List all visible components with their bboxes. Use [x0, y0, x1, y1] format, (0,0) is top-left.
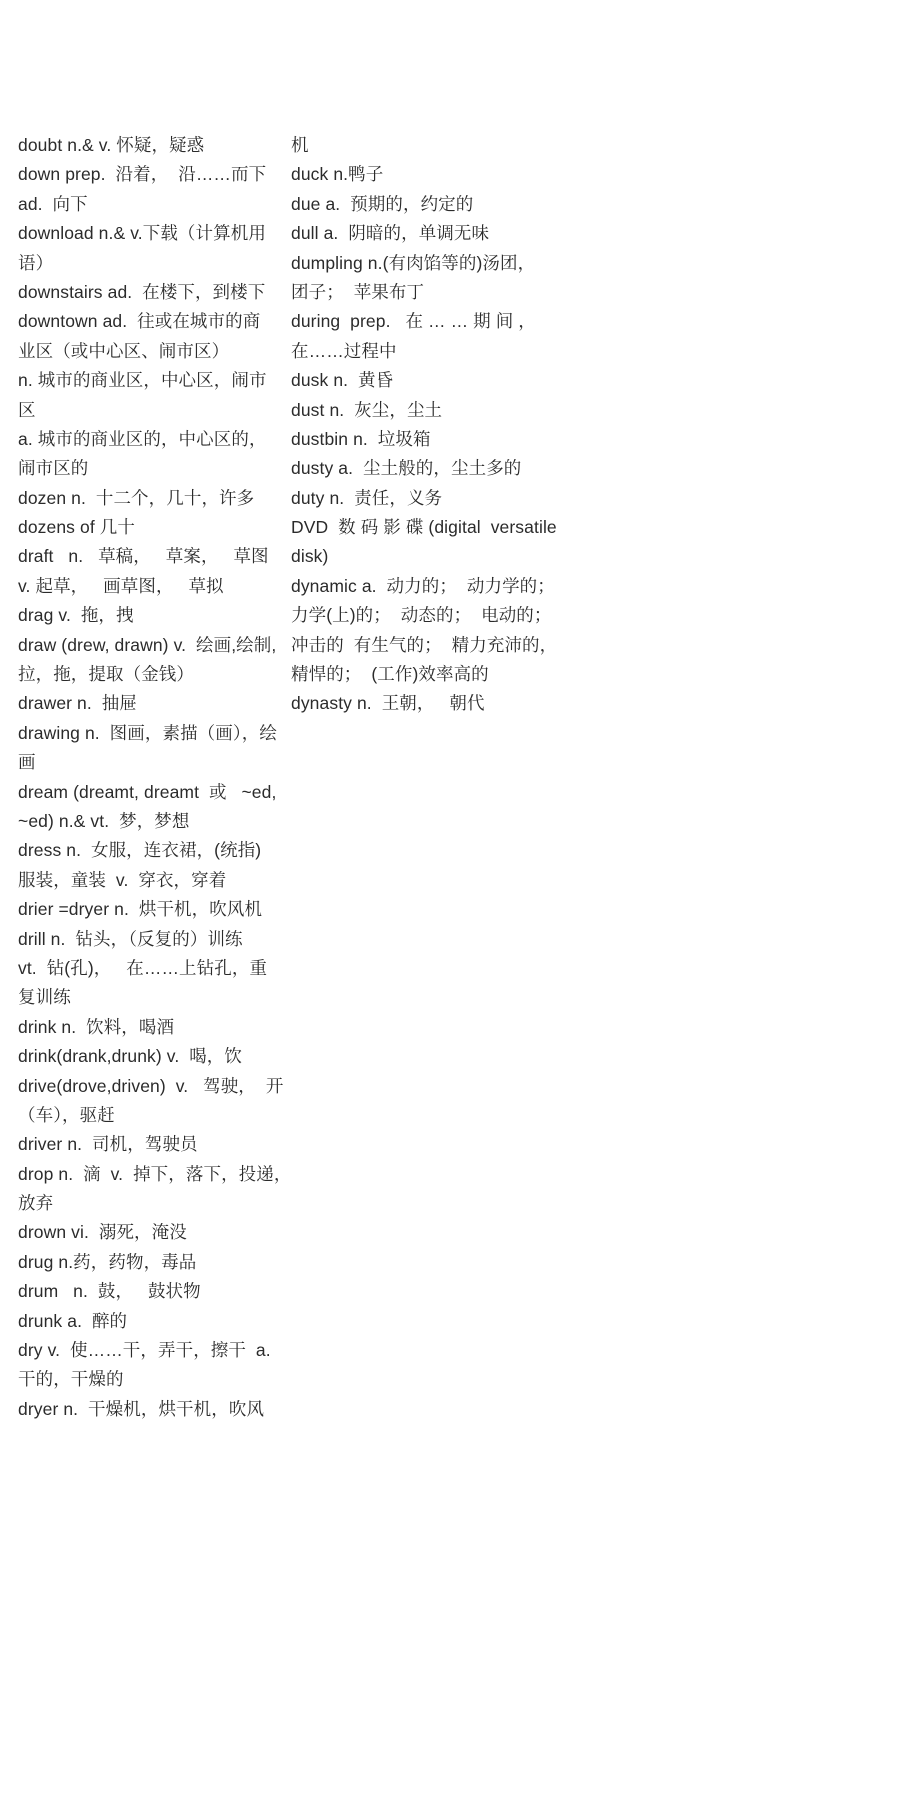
- text-line: 精悍的； (工作)效率高的: [291, 660, 545, 689]
- text-line: 拉，拖，提取（金钱）: [18, 660, 272, 689]
- text-line: 语）: [18, 249, 272, 278]
- text-line: v. 起草， 画草图， 草拟: [18, 572, 272, 601]
- text-line: dusty a. 尘土般的，尘土多的: [291, 454, 545, 483]
- text-line: downtown ad. 往或在城市的商: [18, 307, 272, 336]
- text-line: drum n. 鼓， 鼓状物: [18, 1277, 272, 1306]
- text-line: ~ed) n.& vt. 梦，梦想: [18, 807, 272, 836]
- column-left: doubt n.& v. 怀疑，疑惑down prep. 沿着， 沿……而下ad…: [18, 131, 272, 1424]
- text-line: dust n. 灰尘，尘土: [291, 396, 545, 425]
- text-line: during prep. 在 … … 期 间 ，: [291, 307, 545, 336]
- text-line: draft n. 草稿， 草案， 草图: [18, 542, 272, 571]
- text-line: duty n. 责任，义务: [291, 484, 545, 513]
- text-line: driver n. 司机，驾驶员: [18, 1130, 272, 1159]
- text-line: drunk a. 醉的: [18, 1307, 272, 1336]
- text-line: （车），驱赶: [18, 1101, 272, 1130]
- text-line: dumpling n.(有肉馅等的)汤团，: [291, 249, 545, 278]
- text-line: draw (drew, drawn) v. 绘画,绘制,: [18, 631, 272, 660]
- text-line: drag v. 拖，拽: [18, 601, 272, 630]
- text-line: disk): [291, 542, 545, 571]
- text-line: dustbin n. 垃圾箱: [291, 425, 545, 454]
- text-line: duck n.鸭子: [291, 160, 545, 189]
- text-line: dynasty n. 王朝， 朝代: [291, 689, 545, 718]
- text-line: due a. 预期的，约定的: [291, 190, 545, 219]
- text-line: 服装，童装 v. 穿衣，穿着: [18, 866, 272, 895]
- text-line: drug n.药，药物，毒品: [18, 1248, 272, 1277]
- text-line: drop n. 滴 v. 掉下，落下，投递，: [18, 1160, 272, 1189]
- text-line: 闹市区的: [18, 454, 272, 483]
- text-line: drawer n. 抽屉: [18, 689, 272, 718]
- text-line: 画: [18, 748, 272, 777]
- text-line: drive(drove,driven) v. 驾驶， 开: [18, 1072, 272, 1101]
- text-line: ad. 向下: [18, 190, 272, 219]
- document-page: doubt n.& v. 怀疑，疑惑down prep. 沿着， 沿……而下ad…: [0, 0, 915, 1810]
- text-line: 放弃: [18, 1189, 272, 1218]
- text-line: 干的，干燥的: [18, 1365, 272, 1394]
- text-line: vt. 钻(孔)， 在……上钻孔，重: [18, 954, 272, 983]
- text-line: download n.& v.下载（计算机用: [18, 219, 272, 248]
- text-line: dream (dreamt, dreamt 或 ~ed,: [18, 778, 272, 807]
- text-line: dull a. 阴暗的，单调无味: [291, 219, 545, 248]
- text-line: drink(drank,drunk) v. 喝，饮: [18, 1042, 272, 1071]
- text-line: 机: [291, 131, 545, 160]
- text-line: n. 城市的商业区，中心区，闹市: [18, 366, 272, 395]
- text-line: 在……过程中: [291, 337, 545, 366]
- text-line: drink n. 饮料，喝酒: [18, 1013, 272, 1042]
- text-line: dry v. 使……干，弄干，擦干 a.: [18, 1336, 272, 1365]
- text-line: DVD 数 码 影 碟 (digital versatile: [291, 513, 545, 542]
- text-line: dozen n. 十二个，几十，许多: [18, 484, 272, 513]
- text-line: 复训练: [18, 983, 272, 1012]
- text-line: a. 城市的商业区的，中心区的，: [18, 425, 272, 454]
- text-line: drill n. 钻头，（反复的）训练: [18, 925, 272, 954]
- text-line: dozens of 几十: [18, 513, 272, 542]
- text-line: drown vi. 溺死，淹没: [18, 1218, 272, 1247]
- text-line: drawing n. 图画，素描（画），绘: [18, 719, 272, 748]
- text-line: dynamic a. 动力的； 动力学的；: [291, 572, 545, 601]
- text-line: 团子； 苹果布丁: [291, 278, 545, 307]
- text-line: 力学(上)的； 动态的； 电动的；: [291, 601, 545, 630]
- text-line: drier =dryer n. 烘干机，吹风机: [18, 895, 272, 924]
- text-line: down prep. 沿着， 沿……而下: [18, 160, 272, 189]
- text-line: 业区（或中心区、闹市区）: [18, 337, 272, 366]
- text-line: dryer n. 干燥机，烘干机，吹风: [18, 1395, 272, 1424]
- text-line: 区: [18, 396, 272, 425]
- text-line: 冲击的 有生气的； 精力充沛的，: [291, 631, 545, 660]
- text-line: dress n. 女服，连衣裙，(统指): [18, 836, 272, 865]
- column-right: 机duck n.鸭子due a. 预期的，约定的dull a. 阴暗的，单调无味…: [291, 131, 545, 719]
- text-line: dusk n. 黄昏: [291, 366, 545, 395]
- text-line: doubt n.& v. 怀疑，疑惑: [18, 131, 272, 160]
- two-column-text-layout: doubt n.& v. 怀疑，疑惑down prep. 沿着， 沿……而下ad…: [0, 0, 915, 1424]
- text-line: downstairs ad. 在楼下，到楼下: [18, 278, 272, 307]
